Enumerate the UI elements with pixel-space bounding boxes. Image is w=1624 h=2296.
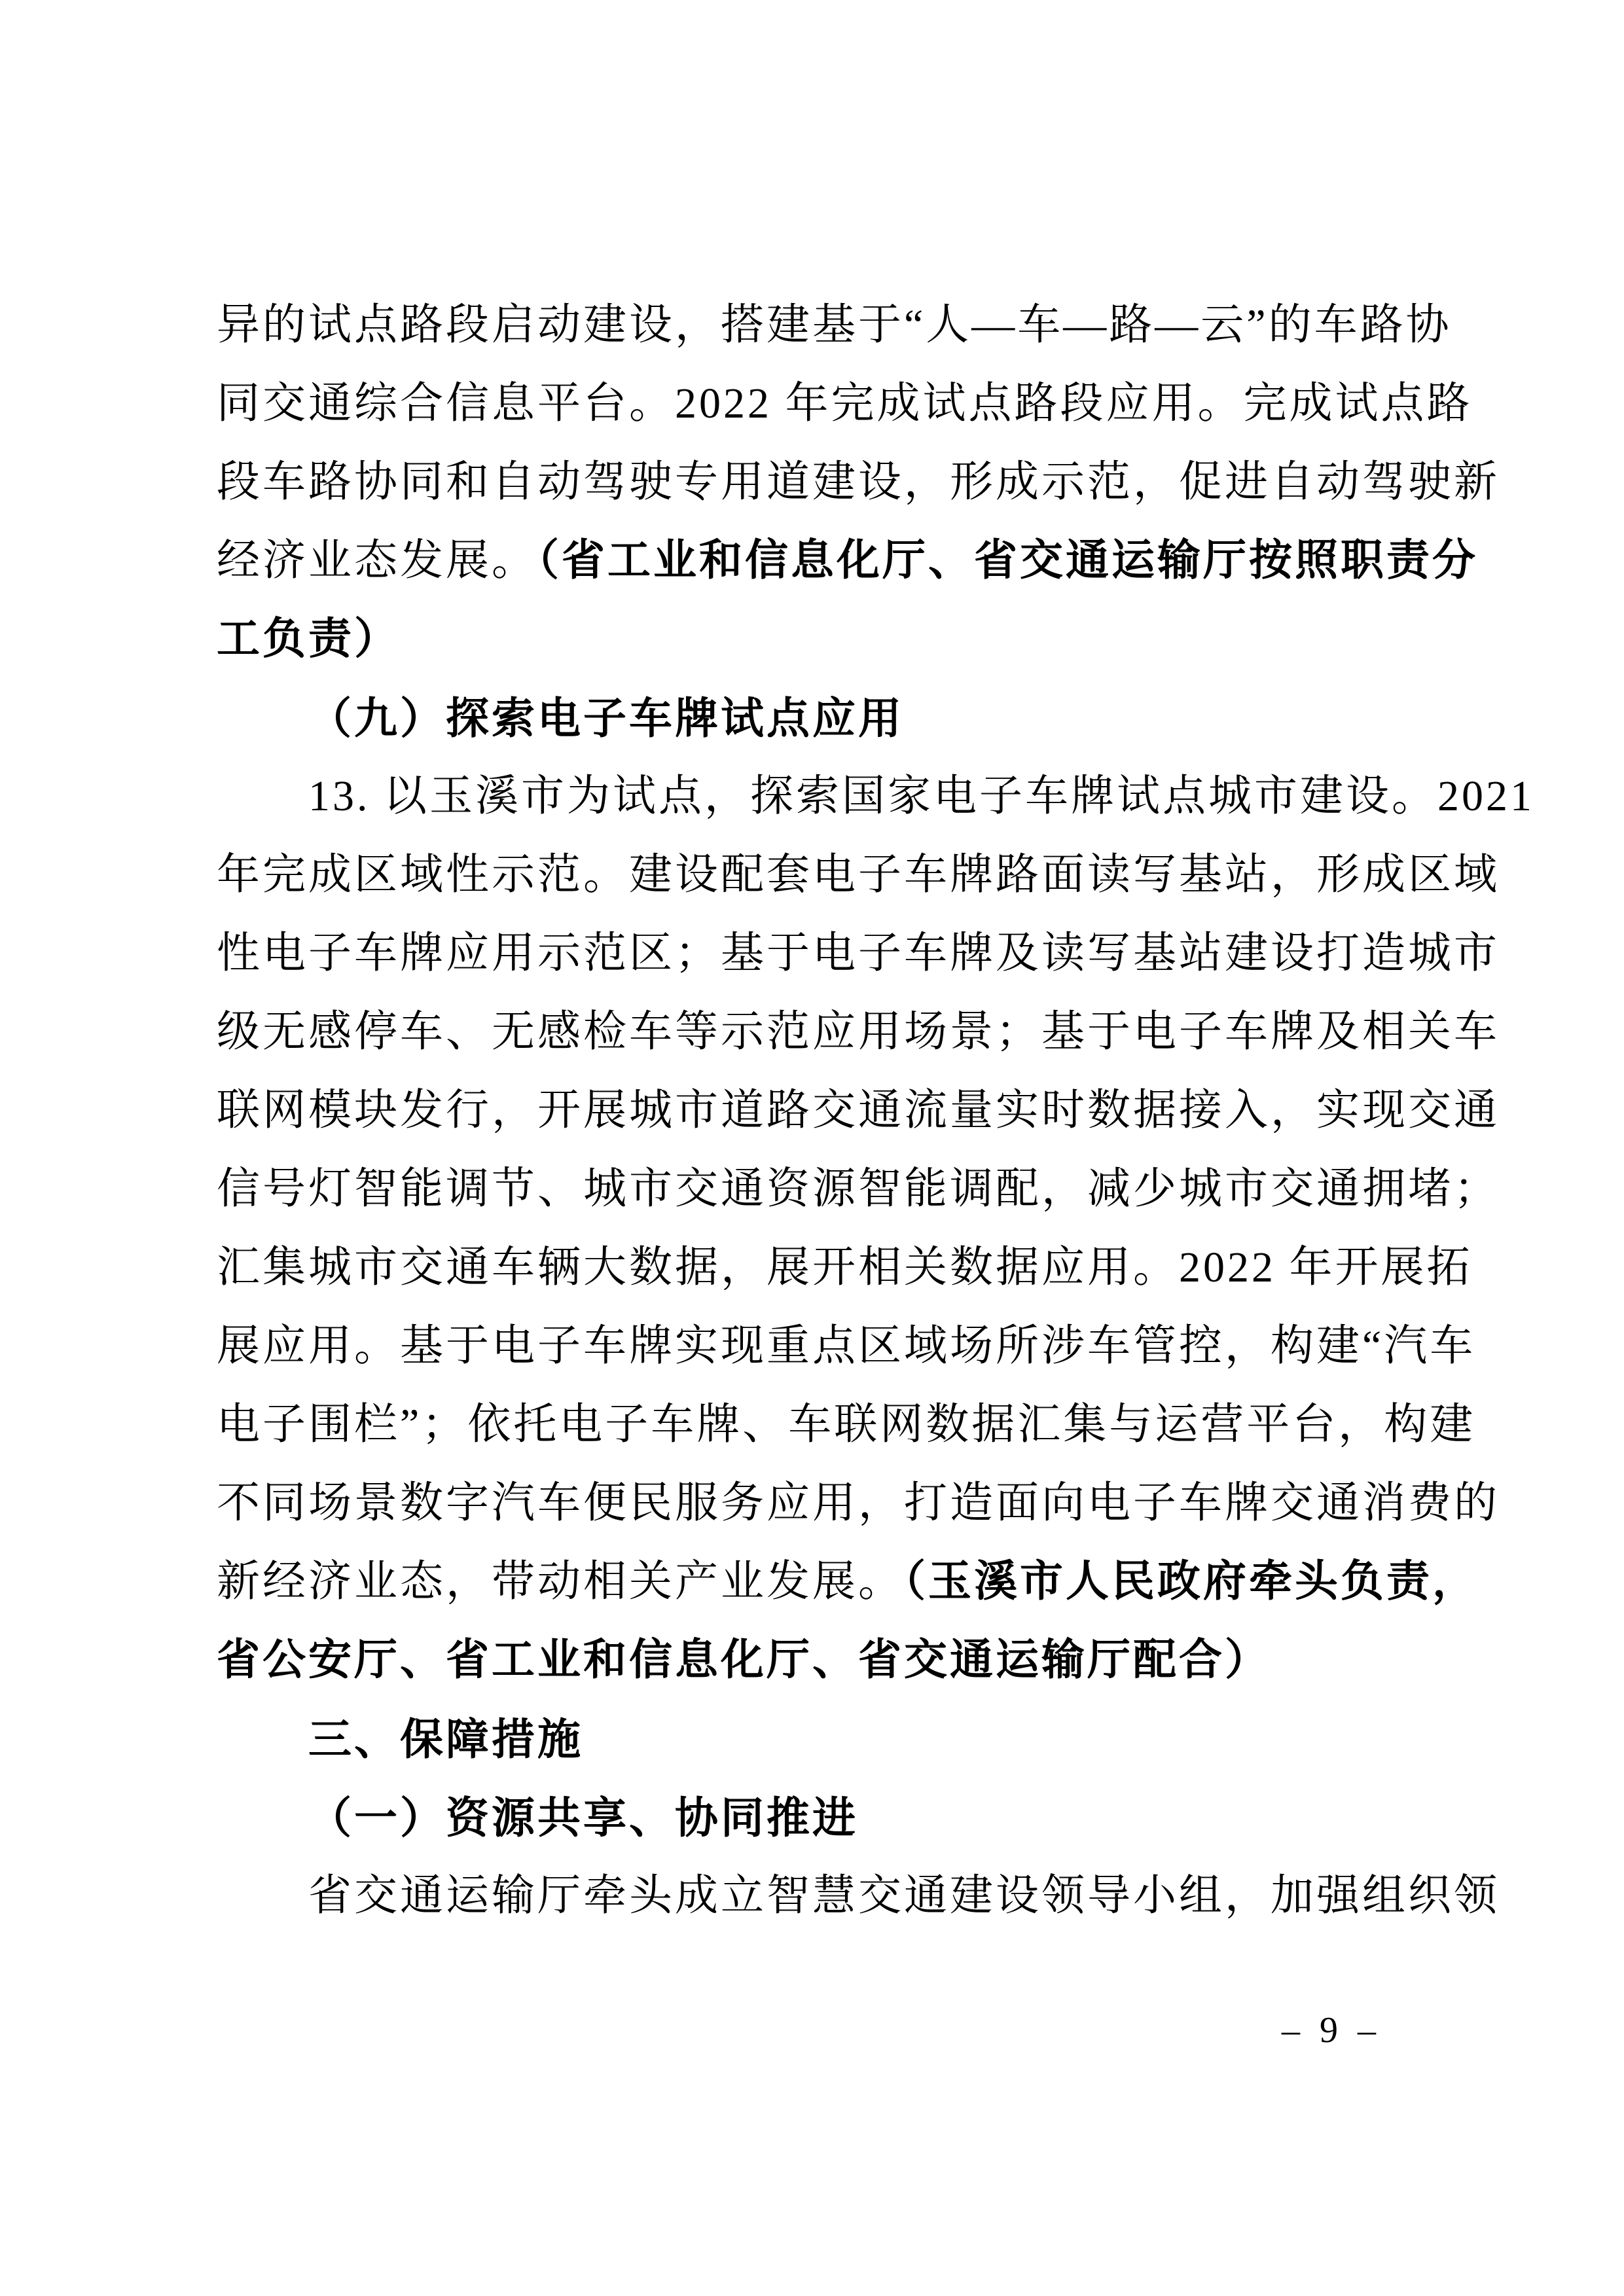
text-run: 不同场景数字汽车便民服务应用，打造面向电子车牌交通消费的 <box>217 1479 1500 1527</box>
text-run: 经济业态发展。 <box>217 537 537 584</box>
document-body: 异的试点路段启动建设，搭建基于“人—车—路—云”的车路协同交通综合信息平台。20… <box>217 286 1428 1935</box>
text-line: 同交通综合信息平台。2022 年完成试点路段应用。完成试点路 <box>217 365 1428 443</box>
text-run: 信号灯智能调节、城市交通资源智能调配，减少城市交通拥堵； <box>217 1165 1500 1213</box>
emphasis-run: 省公安厅、省工业和信息化厅、省交通运输厅配合） <box>217 1636 1271 1684</box>
text-run: 级无感停车、无感检车等示范应用场景；基于电子车牌及相关车 <box>217 1008 1500 1056</box>
text-line: 13. 以玉溪市为试点，探索国家电子车牌试点城市建设。2021 <box>217 757 1428 836</box>
text-run: 段车路协同和自动驾驶专用道建设，形成示范，促进自动驾驶新 <box>217 458 1500 506</box>
text-run: 联网模块发行，开展城市道路交通流量实时数据接入，实现交通 <box>217 1086 1500 1134</box>
text-line: 异的试点路段启动建设，搭建基于“人—车—路—云”的车路协 <box>217 286 1428 365</box>
emphasis-run: （九）探索电子车牌试点应用 <box>308 694 904 742</box>
text-line: 新经济业态，带动相关产业发展。（玉溪市人民政府牵头负责， <box>217 1543 1428 1621</box>
text-line: 省公安厅、省工业和信息化厅、省交通运输厅配合） <box>217 1621 1428 1700</box>
text-line: 性电子车牌应用示范区；基于电子车牌及读写基站建设打造城市 <box>217 914 1428 993</box>
document-page: 异的试点路段启动建设，搭建基于“人—车—路—云”的车路协同交通综合信息平台。20… <box>0 0 1624 2296</box>
emphasis-run: 工负责） <box>217 615 400 663</box>
text-run: 新经济业态，带动相关产业发展。 <box>217 1558 904 1605</box>
text-line: 联网模块发行，开展城市道路交通流量实时数据接入，实现交通 <box>217 1071 1428 1150</box>
text-run: 同交通综合信息平台。2022 年完成试点路段应用。完成试点路 <box>217 380 1473 427</box>
text-line: 汇集城市交通车辆大数据，展开相关数据应用。2022 年开展拓 <box>217 1229 1428 1307</box>
text-run: 年完成区域性示范。建设配套电子车牌路面读写基站，形成区域 <box>217 851 1500 899</box>
page-number: – 9 – <box>1282 2004 1381 2056</box>
text-line: 级无感停车、无感检车等示范应用场景；基于电子车牌及相关车 <box>217 993 1428 1071</box>
heading-line: 三、保障措施 <box>217 1700 1428 1778</box>
emphasis-run: 三、保障措施 <box>308 1715 583 1763</box>
text-line: 段车路协同和自动驾驶专用道建设，形成示范，促进自动驾驶新 <box>217 443 1428 522</box>
heading-line: （一）资源共享、协同推进 <box>217 1778 1428 1857</box>
heading-line: （九）探索电子车牌试点应用 <box>217 679 1428 757</box>
text-run: 汇集城市交通车辆大数据，展开相关数据应用。2022 年开展拓 <box>217 1244 1473 1291</box>
text-run: 展应用。基于电子车牌实现重点区域场所涉车管控，构建“汽车 <box>217 1322 1475 1370</box>
text-run: 异的试点路段启动建设，搭建基于“人—车—路—云”的车路协 <box>217 301 1452 349</box>
text-run: 性电子车牌应用示范区；基于电子车牌及读写基站建设打造城市 <box>217 929 1500 977</box>
text-line: 不同场景数字汽车便民服务应用，打造面向电子车牌交通消费的 <box>217 1464 1428 1543</box>
text-line: 展应用。基于电子车牌实现重点区域场所涉车管控，构建“汽车 <box>217 1307 1428 1386</box>
text-run: 省交通运输厅牵头成立智慧交通建设领导小组，加强组织领 <box>308 1872 1500 1920</box>
text-line: 电子围栏”；依托电子车牌、车联网数据汇集与运营平台，构建 <box>217 1386 1428 1464</box>
text-run: 电子围栏”；依托电子车牌、车联网数据汇集与运营平台，构建 <box>217 1401 1475 1448</box>
text-line: 工负责） <box>217 600 1428 679</box>
text-line: 信号灯智能调节、城市交通资源智能调配，减少城市交通拥堵； <box>217 1150 1428 1229</box>
emphasis-run: （一）资源共享、协同推进 <box>308 1793 858 1842</box>
text-line: 年完成区域性示范。建设配套电子车牌路面读写基站，形成区域 <box>217 836 1428 914</box>
emphasis-run: （玉溪市人民政府牵头负责， <box>904 1558 1478 1605</box>
text-run: 13. 以玉溪市为试点，探索国家电子车牌试点城市建设。2021 <box>308 772 1534 820</box>
text-line: 经济业态发展。（省工业和信息化厅、省交通运输厅按照职责分 <box>217 522 1428 600</box>
emphasis-run: （省工业和信息化厅、省交通运输厅按照职责分 <box>537 537 1478 584</box>
text-line: 省交通运输厅牵头成立智慧交通建设领导小组，加强组织领 <box>217 1857 1428 1935</box>
